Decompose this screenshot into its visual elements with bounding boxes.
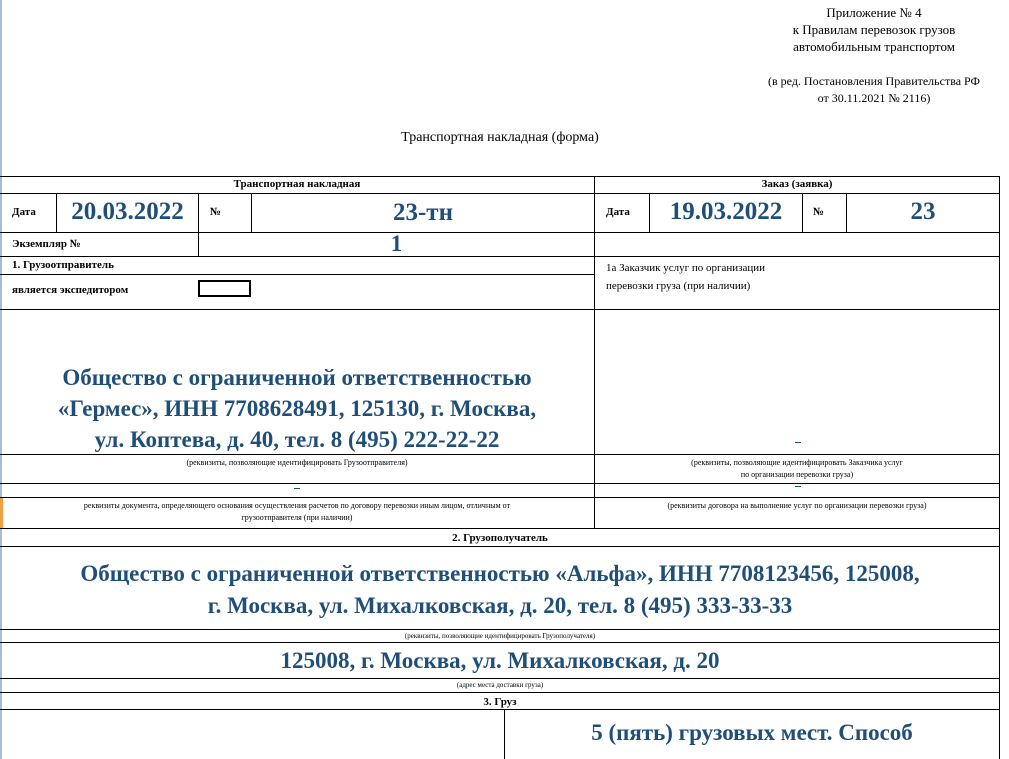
delivery-address-caption: (адрес места доставки груза) (0, 679, 1000, 691)
caption-line: реквизиты документа, определяющего основ… (0, 500, 594, 512)
shipper-section-label: 1. Грузоотправитель (12, 259, 114, 271)
caption-line: грузоотправителя (при наличии) (0, 512, 594, 524)
shipper-details-line: Общество с ограниченной ответственностью (0, 362, 594, 393)
consignee-details-caption: (реквизиты, позволяющие идентифицировать… (0, 630, 1000, 642)
cargo-packages[interactable]: 5 (пять) грузовых мест. Способ (505, 720, 999, 746)
contract-caption: (реквизиты договора на выполнение услуг … (595, 500, 999, 512)
customer-details-caption: (реквизиты, позволяющие идентифицировать… (595, 457, 999, 481)
shipper-details-line: ул. Коптева, д. 40, тел. 8 (495) 222-22-… (0, 424, 594, 455)
caption-line: (реквизиты, позволяющие идентифицировать… (595, 457, 999, 469)
order-date-label: Дата (606, 206, 630, 218)
order-date-value[interactable]: 19.03.2022 (650, 198, 802, 226)
waybill-section-title: Транспортная накладная (0, 178, 594, 190)
copy-label: Экземпляр № (12, 238, 81, 250)
label-line: 1а Заказчик услуг по организации (606, 259, 765, 277)
edition-line: от 30.11.2021 № 2116) (752, 90, 996, 107)
delivery-address[interactable]: 125008, г. Москва, ул. Михалковская, д. … (0, 648, 1000, 674)
caption-line: по организации перевозки груза) (595, 469, 999, 481)
copy-value[interactable]: 1 (199, 231, 594, 257)
empty-field-dash (294, 488, 300, 489)
order-section-title: Заказ (заявка) (595, 178, 999, 190)
waybill-number-value[interactable]: 23-тн (252, 199, 594, 227)
shipper-details[interactable]: Общество с ограниченной ответственностью… (0, 362, 594, 455)
cargo-section-label: 3. Груз (0, 696, 1000, 708)
order-number-label: № (813, 206, 824, 218)
empty-field-dash (795, 486, 801, 487)
payment-doc-caption: реквизиты документа, определяющего основ… (0, 500, 594, 524)
consignee-details-line: Общество с ограниченной ответственностью… (0, 558, 1000, 590)
consignee-details-line: г. Москва, ул. Михалковская, д. 20, тел.… (0, 590, 1000, 622)
order-number-value[interactable]: 23 (847, 198, 999, 226)
shipper-details-line: «Гермес», ИНН 7708628491, 125130, г. Мос… (0, 393, 594, 424)
waybill-date-value[interactable]: 20.03.2022 (57, 198, 198, 226)
empty-field-dash (795, 442, 801, 443)
customer-section-label: 1а Заказчик услуг по организации перевоз… (606, 259, 765, 295)
forwarder-checkbox[interactable] (198, 280, 251, 297)
waybill-date-label: Дата (12, 206, 36, 218)
appendix-line: автомобильным транспортом (760, 38, 988, 55)
appendix-header: Приложение № 4 к Правилам перевозок груз… (760, 4, 988, 55)
consignee-section-label: 2. Грузополучатель (0, 532, 1000, 544)
label-line: перевозки груза (при наличии) (606, 277, 765, 295)
forwarder-label: является экспедитором (12, 284, 128, 296)
edition-line: (в ред. Постановления Правительства РФ (752, 73, 996, 90)
edition-note: (в ред. Постановления Правительства РФ о… (752, 73, 996, 107)
appendix-line: к Правилам перевозок грузов (760, 21, 988, 38)
shipper-details-caption: (реквизиты, позволяющие идентифицировать… (0, 457, 594, 469)
form-title: Транспортная накладная (форма) (0, 130, 1000, 146)
consignee-details[interactable]: Общество с ограниченной ответственностью… (0, 558, 1000, 622)
appendix-line: Приложение № 4 (760, 4, 988, 21)
waybill-number-label: № (210, 206, 221, 218)
